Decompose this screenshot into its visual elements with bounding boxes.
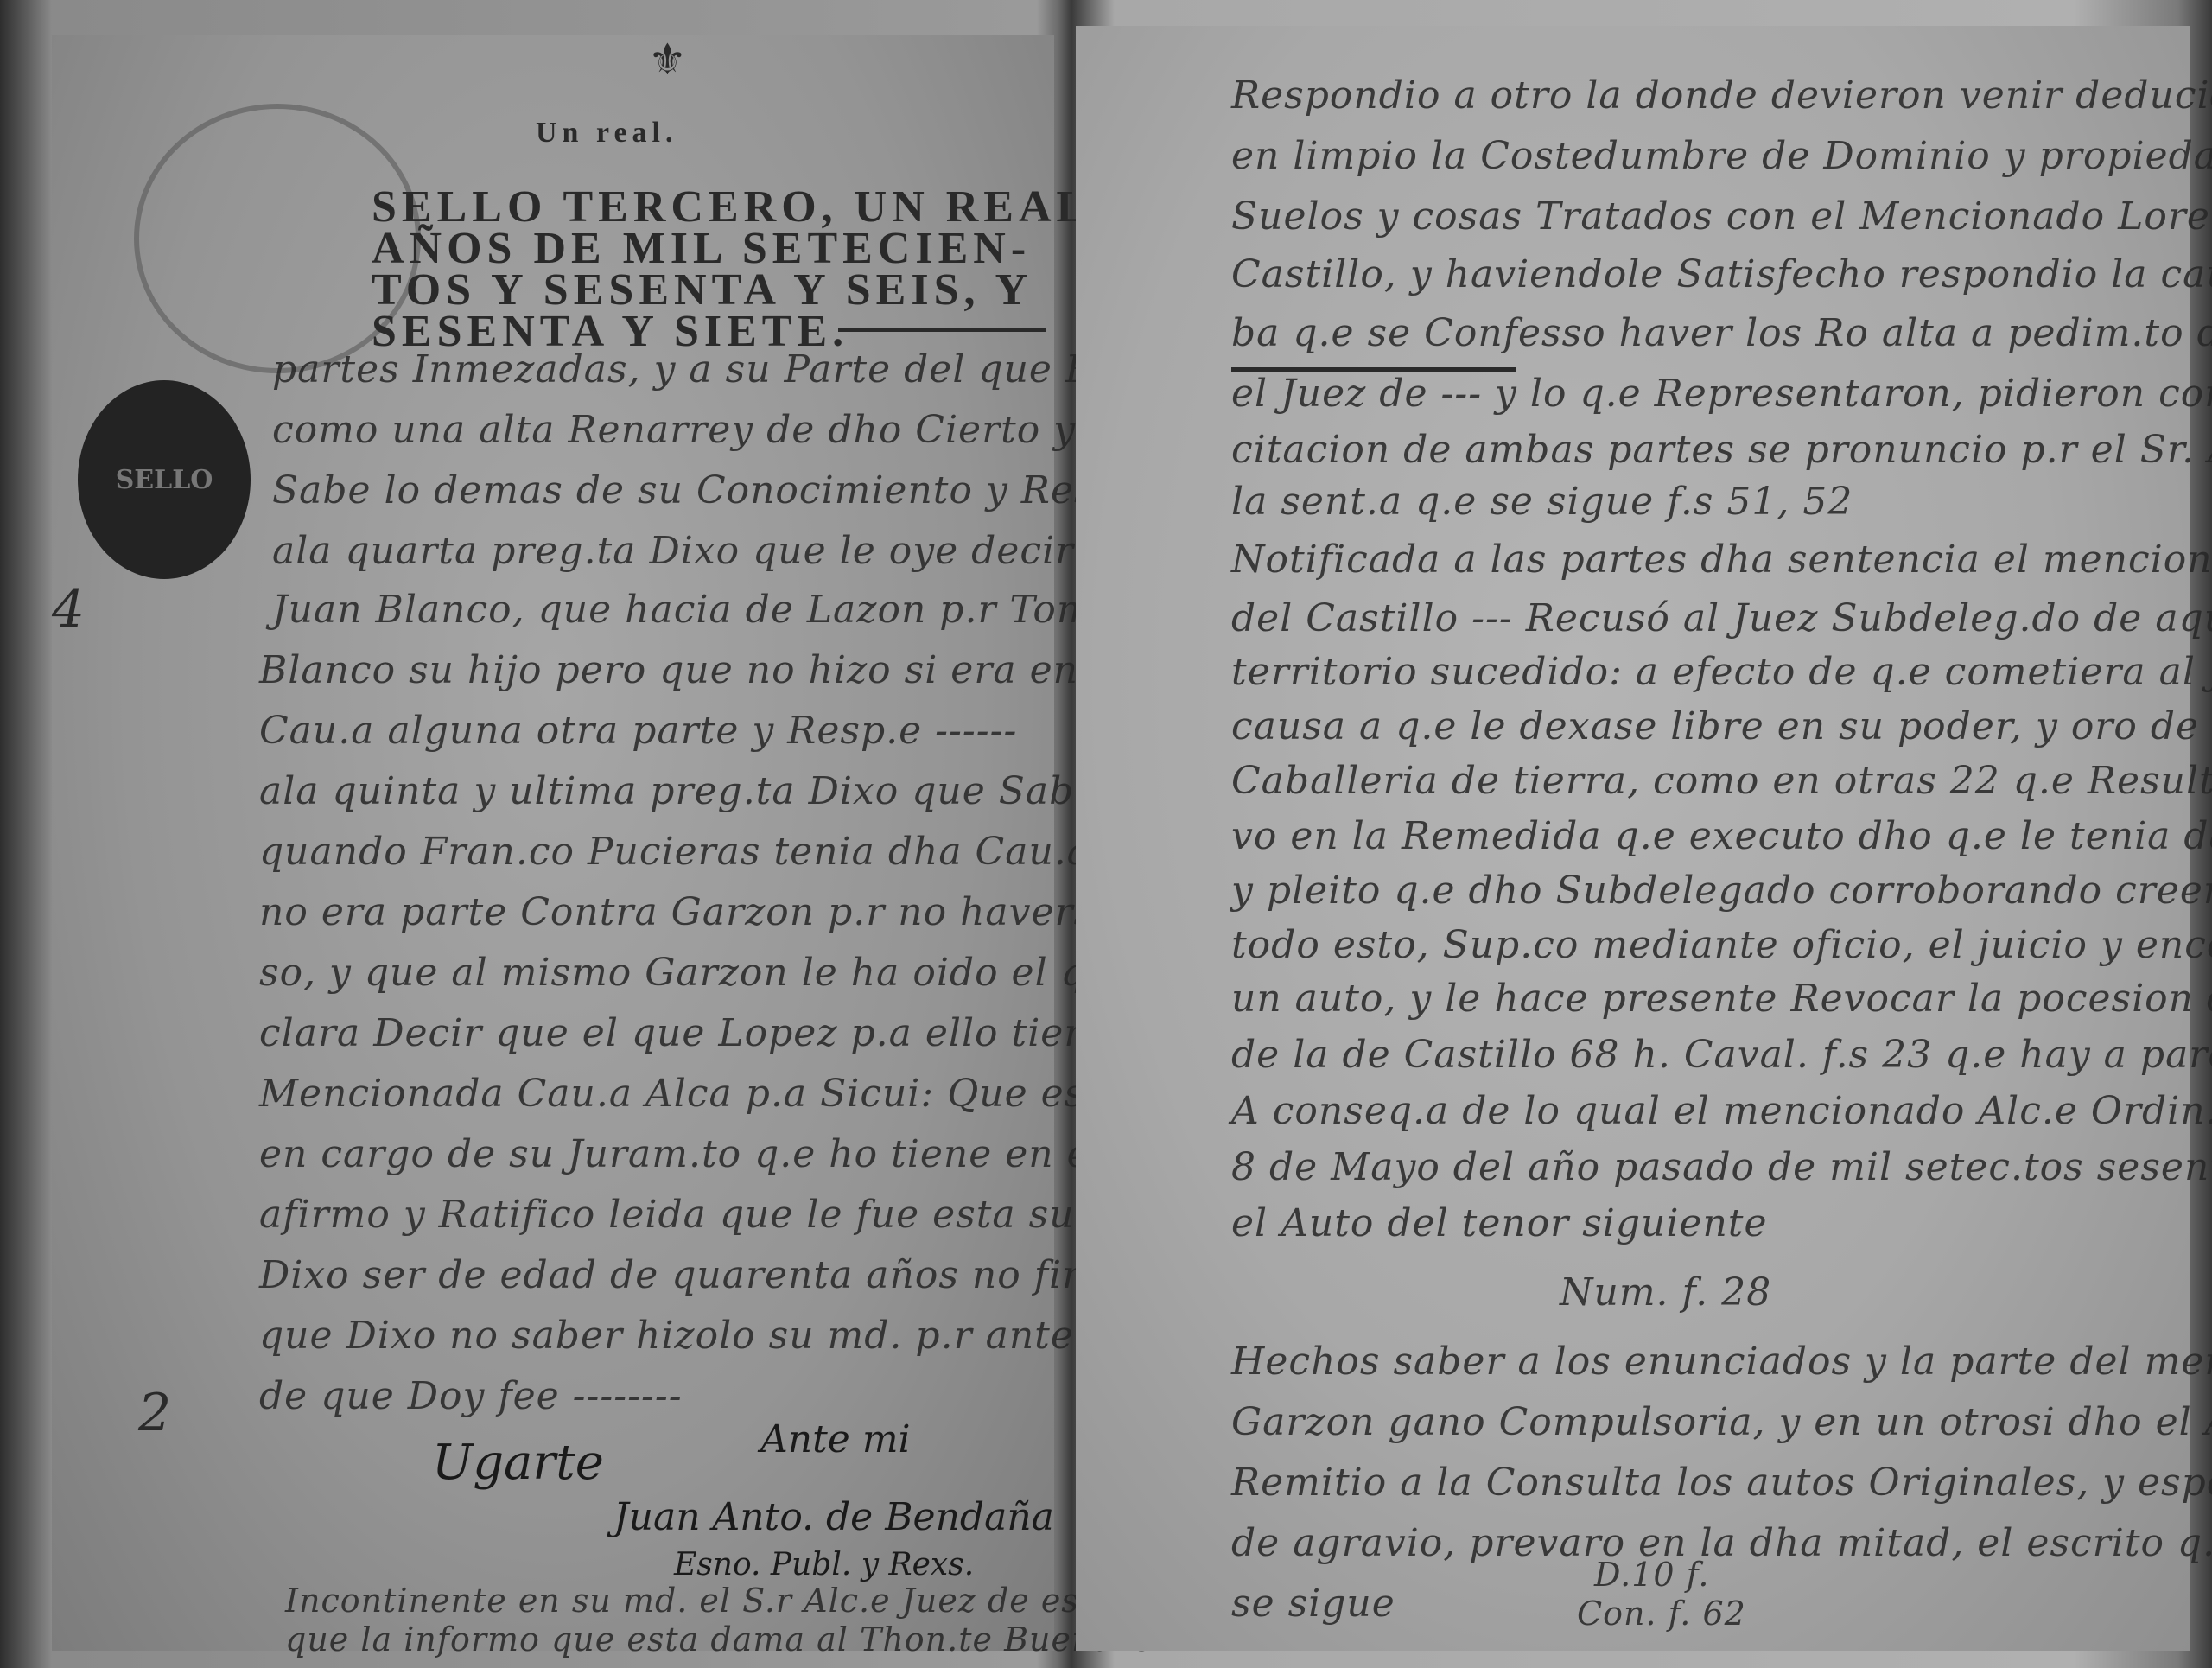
right-line-7: citacion de ambas partes se pronuncio p.… [1231,428,2212,472]
margin-note-4: 4 [52,579,85,640]
signature-notary-title: Esno. Publ. y Rexs. [674,1547,974,1582]
left-line-11: so, y que al mismo Garzon le ha oido el … [259,951,1190,995]
left-line-5: Juan Blanco, que hacia de Lazon p.r Toma… [272,588,1137,632]
right-line-22: Hechos saber a los enunciados y la parte… [1231,1340,2212,1384]
signature-ante-mi: Ante mi [760,1417,911,1461]
right-line-16: todo esto, Sup.co mediante oficio, el ju… [1231,923,2212,967]
right-line-12: causa a q.e le dexase libre en su poder,… [1231,704,2212,748]
bottom-reference-2: Con. f. 62 [1577,1595,1746,1633]
left-line-8: ala quinta y ultima preg.ta Dixo que Sab… [259,769,1185,813]
left-bottom-line-1: Incontinente en su md. el S.r Alc.e Juez… [285,1582,1151,1620]
stamp-underline [838,328,1046,332]
right-line-6: el Juez de --- y lo q.e Representaron, p… [1231,372,2212,416]
right-line-9: Notificada a las partes dha sentencia el… [1231,538,2212,582]
right-page: Respondio a otro la donde devieron venir… [1076,26,2190,1651]
right-line-10: del Castillo --- Recusó al Juez Subdeleg… [1231,596,2212,640]
left-line-7: Cau.a alguna otra parte y Resp.e ------ [259,709,1017,753]
right-line-26: se sigue [1231,1582,1395,1626]
left-line-4: ala quarta preg.ta Dixo que le oye decir… [272,529,1155,573]
right-line-11: territorio sucedido: a efecto de q.e com… [1231,650,2212,694]
left-line-18: de que Doy fee -------- [259,1374,683,1418]
left-line-12: clara Decir que el que Lopez p.a ello ti… [259,1011,1162,1055]
royal-crest-icon: ⚜ [648,35,687,85]
right-line-17: un auto, y le hace presente Revocar la p… [1231,977,2212,1021]
left-line-17: que Dixo no saber hizolo su md. p.r ante… [259,1314,1137,1358]
right-line-14: vo en la Remedida q.e executo dho q.e le… [1231,814,2212,858]
signature-notary: Juan Anto. de Bendaña [613,1495,1054,1539]
left-line-16: Dixo ser de edad de quarenta años no fir… [259,1253,1212,1297]
black-wax-seal: SELLO [78,380,251,579]
right-line-21: el Auto del tenor siguiente [1231,1201,1768,1245]
right-line-15: y pleito q.e dho Subdelegado corroborand… [1231,869,2212,913]
right-line-13: Caballeria de tierra, como en otras 22 q… [1231,759,2212,803]
right-line-1: Respondio a otro la donde devieron venir… [1231,73,2212,118]
margin-note-2: 2 [138,1383,171,1443]
right-line-20: 8 de Mayo del año pasado de mil setec.to… [1231,1145,2212,1189]
left-line-9: quando Fran.co Pucieras tenia dha Cau.a … [259,830,1206,874]
right-line-18: de la de Castillo 68 h. Caval. f.s 23 q.… [1231,1033,2212,1077]
left-line-10: no era parte Contra Garzon p.r no havers… [259,890,1184,934]
right-line-24: Remitio a la Consulta los autos Original… [1231,1461,2212,1505]
right-line-2: en limpio la Costedumbre de Dominio y pr… [1231,134,2212,178]
stamp-small-label: Un real. [536,117,677,150]
right-line-4: Castillo, y haviendole Satisfecho respon… [1231,252,2212,296]
left-bottom-line-2: que la informo que esta dama al Thon.te … [285,1620,1176,1658]
right-line-3: Suelos y cosas Tratados con el Mencionad… [1231,194,2212,239]
right-line-5: ba q.e se Confesso haver los Ro alta a p… [1231,311,2212,355]
left-line-6: Blanco su hijo pero que no hizo si era e… [259,648,1166,692]
right-line-25: de agravio, prevaro en la dha mitad, el … [1231,1521,2212,1565]
seal-label: SELLO [116,465,213,495]
right-line-8: la sent.a q.e se sigue f.s 51, 52 [1231,480,1853,524]
left-page: ⚜ Un real. SELLO TERCERO, UN REAL: AÑOS … [52,35,1054,1651]
right-line-23: Garzon gano Compulsoria, y en un otrosi … [1231,1400,2212,1444]
center-reference: Num. f. 28 [1560,1270,1771,1315]
bottom-reference-1: D.10 f. [1594,1556,1709,1594]
signature-ugarte: Ugarte [432,1435,604,1491]
manuscript-spread: ⚜ Un real. SELLO TERCERO, UN REAL: AÑOS … [0,0,2212,1668]
right-line-19: A conseq.a de lo qual el mencionado Alc.… [1231,1089,2212,1133]
